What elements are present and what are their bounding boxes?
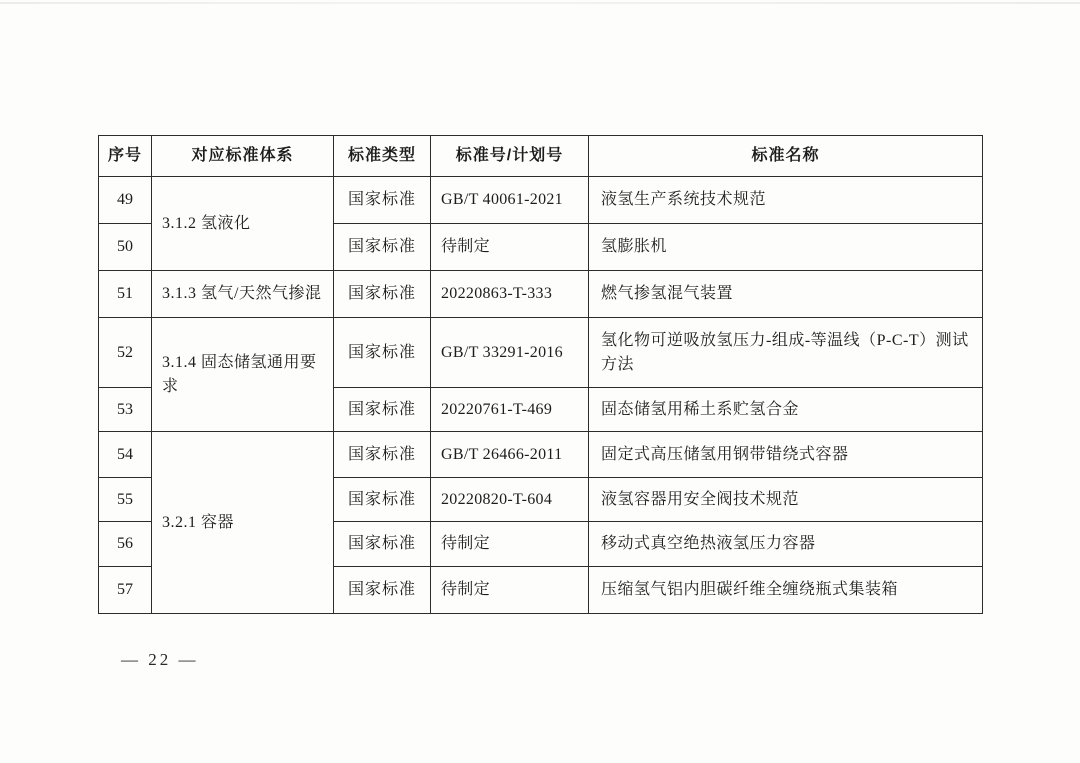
cell-system-3-2-1: 3.2.1 容器 <box>152 432 334 614</box>
cell-seq-51: 51 <box>99 271 152 318</box>
cell-type-56: 国家标准 <box>334 522 431 567</box>
cell-system-3-1-3: 3.1.3 氢气/天然气掺混 <box>152 271 334 318</box>
table-row: 54 3.2.1 容器 国家标准 GB/T 26466-2011 固定式高压储氢… <box>99 432 983 478</box>
cell-system-3-1-2: 3.1.2 氢液化 <box>152 177 334 271</box>
cell-type-50: 国家标准 <box>334 224 431 271</box>
cell-seq-53: 53 <box>99 388 152 432</box>
cell-code-51: 20220863-T-333 <box>431 271 589 318</box>
cell-seq-57: 57 <box>99 567 152 614</box>
cell-name-52: 氢化物可逆吸放氢压力-组成-等温线（P-C-T）测试方法 <box>589 318 983 388</box>
table-row: 51 3.1.3 氢气/天然气掺混 国家标准 20220863-T-333 燃气… <box>99 271 983 318</box>
cell-seq-54: 54 <box>99 432 152 478</box>
header-seq: 序号 <box>99 136 152 177</box>
cell-name-56: 移动式真空绝热液氢压力容器 <box>589 522 983 567</box>
cell-name-50: 氢膨胀机 <box>589 224 983 271</box>
cell-code-52: GB/T 33291-2016 <box>431 318 589 388</box>
cell-code-56: 待制定 <box>431 522 589 567</box>
cell-code-50: 待制定 <box>431 224 589 271</box>
cell-seq-50: 50 <box>99 224 152 271</box>
table-row: 49 3.1.2 氢液化 国家标准 GB/T 40061-2021 液氢生产系统… <box>99 177 983 224</box>
cell-seq-56: 56 <box>99 522 152 567</box>
cell-name-55: 液氢容器用安全阀技术规范 <box>589 478 983 522</box>
header-code: 标准号/计划号 <box>431 136 589 177</box>
cell-name-57: 压缩氢气铝内胆碳纤维全缠绕瓶式集装箱 <box>589 567 983 614</box>
cell-name-49: 液氢生产系统技术规范 <box>589 177 983 224</box>
cell-type-57: 国家标准 <box>334 567 431 614</box>
cell-seq-55: 55 <box>99 478 152 522</box>
cell-type-49: 国家标准 <box>334 177 431 224</box>
scan-artifact <box>0 2 1080 4</box>
cell-code-49: GB/T 40061-2021 <box>431 177 589 224</box>
standards-table: 序号 对应标准体系 标准类型 标准号/计划号 标准名称 49 3.1.2 氢液化… <box>98 135 983 614</box>
cell-type-51: 国家标准 <box>334 271 431 318</box>
table-row: 52 3.1.4 固态储氢通用要求 国家标准 GB/T 33291-2016 氢… <box>99 318 983 388</box>
cell-seq-49: 49 <box>99 177 152 224</box>
cell-type-55: 国家标准 <box>334 478 431 522</box>
header-type: 标准类型 <box>334 136 431 177</box>
table-header-row: 序号 对应标准体系 标准类型 标准号/计划号 标准名称 <box>99 136 983 177</box>
cell-code-54: GB/T 26466-2011 <box>431 432 589 478</box>
cell-system-3-1-4: 3.1.4 固态储氢通用要求 <box>152 318 334 432</box>
header-name: 标准名称 <box>589 136 983 177</box>
cell-code-57: 待制定 <box>431 567 589 614</box>
cell-type-54: 国家标准 <box>334 432 431 478</box>
cell-code-53: 20220761-T-469 <box>431 388 589 432</box>
cell-code-55: 20220820-T-604 <box>431 478 589 522</box>
document-page: 序号 对应标准体系 标准类型 标准号/计划号 标准名称 49 3.1.2 氢液化… <box>0 0 1080 763</box>
cell-name-53: 固态储氢用稀土系贮氢合金 <box>589 388 983 432</box>
header-system: 对应标准体系 <box>152 136 334 177</box>
cell-type-53: 国家标准 <box>334 388 431 432</box>
cell-name-51: 燃气掺氢混气装置 <box>589 271 983 318</box>
cell-seq-52: 52 <box>99 318 152 388</box>
cell-name-54: 固定式高压储氢用钢带错绕式容器 <box>589 432 983 478</box>
cell-type-52: 国家标准 <box>334 318 431 388</box>
page-number: — 22 — <box>121 650 199 670</box>
